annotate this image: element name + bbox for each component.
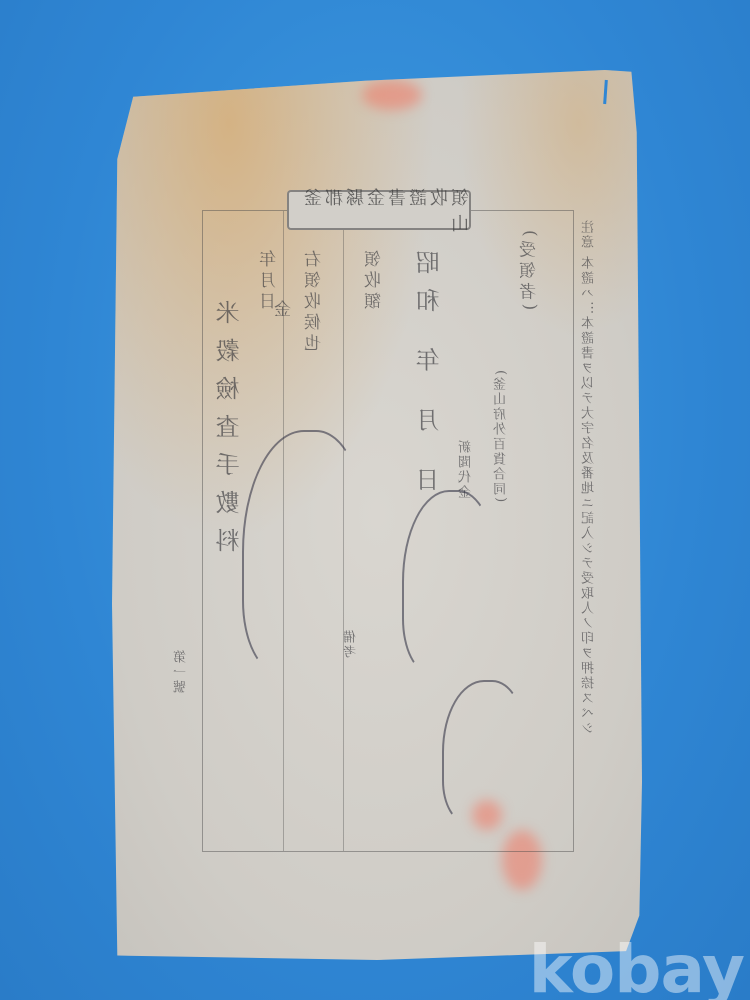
column-number: 第一號 bbox=[172, 650, 191, 695]
red-stain-top bbox=[362, 80, 422, 110]
note-remarks: 備考 bbox=[342, 630, 361, 660]
note-origin: (釜山府外百貨合同) bbox=[492, 370, 511, 504]
watermark-logo: kobay bbox=[529, 931, 744, 1000]
receipt-paper: 領收證書金縣郡釜山 注意 本證ハ…本證書ヲ以テ大字名及番地ニ記入シテ受取人ノ印ヲ… bbox=[112, 70, 642, 960]
column-fee-name: 米穀檢査手數料 bbox=[212, 300, 247, 566]
column-date: 昭和 年 月 日 bbox=[412, 250, 447, 505]
column-receipt-text: 右領收候也 bbox=[302, 250, 327, 355]
side-note: 注意 本證ハ…本證書ヲ以テ大字名及番地ニ記入シテ受取人ノ印ヲ押捺スベシ bbox=[580, 220, 599, 840]
column-receiver: (受領者) bbox=[517, 230, 542, 314]
column-money: 金 bbox=[272, 300, 297, 321]
column-amount-label: 領收額 bbox=[362, 250, 387, 313]
document-title: 領收證書金縣郡釜山 bbox=[287, 190, 471, 230]
